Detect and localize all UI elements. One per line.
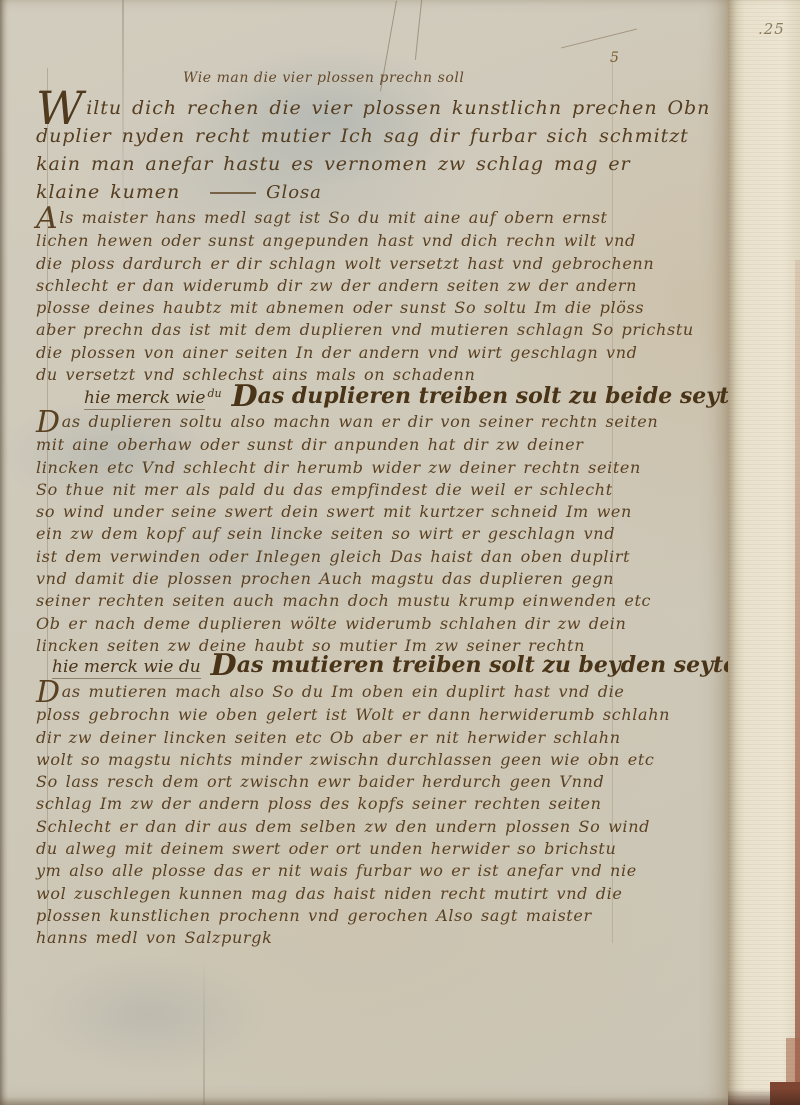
text-line: dir zw deiner lincken seiten etc Ob aber… [36,727,670,749]
text-line: Wiltu dich rechen die vier plossen kunst… [36,94,710,122]
verse-paragraph: Wiltu dich rechen die vier plossen kunst… [36,94,710,207]
text-line: mit aine oberhaw oder sunst dir anpunden… [36,434,658,456]
duplieren-paragraph: Das duplieren soltu also machn wan er di… [36,411,658,657]
text-line: du alweg mit deinem swert oder ort unden… [36,838,670,860]
text-line: die ploss dardurch er dir schlagn wolt v… [36,253,694,275]
book-edge-red [795,260,800,1105]
text-line: schlag Im zw der andern ploss des kopfs … [36,793,670,815]
text-line: Ob er nach deme duplieren wölte widerumb… [36,613,658,635]
page-bottom-edge [0,1097,728,1105]
glosa-paragraph: Als maister hans medl sagt ist So du mit… [36,207,694,386]
page-left-edge [0,0,8,1105]
text-line: ym also alle plosse das er nit wais furb… [36,860,670,882]
text-line: Schlecht er dan dir aus dem selben zw de… [36,816,670,838]
text-line: ein zw dem kopf auf sein lincke seiten s… [36,523,658,545]
text-line: schlecht er dan widerumb dir zw der ande… [36,275,694,297]
text-line: kain man anefar hastu es vernomen zw sch… [36,150,710,178]
interlinear-insertion: du [207,387,221,400]
next-page-edge [728,0,800,1105]
heading-mutieren: hie merck wie duDas mutieren treiben sol… [52,648,753,683]
initial-d: D [232,379,258,414]
folio-number-pencil: .25 [758,20,785,38]
text-line: wol zuschlegen kunnen mag das haist nide… [36,883,670,905]
text-line: Als maister hans medl sagt ist So du mit… [36,207,694,230]
initial-d: D [211,648,237,683]
text-line: vnd damit die plossen prochen Auch magst… [36,568,658,590]
text-line: duplier nyden recht mutier Ich sag dir f… [36,122,710,150]
mutieren-paragraph: Das mutieren mach also So du Im oben ein… [36,681,670,950]
text-line: ist dem verwinden oder Inlegen gleich Da… [36,546,658,568]
text-line: plossen kunstlichen prochenn vnd geroche… [36,905,670,927]
folio-number-ink: 5 [610,50,619,66]
gloss-label: Glosa [266,182,322,203]
manuscript-photo: 5 Wie man die vier plossen prechn soll W… [0,0,800,1105]
text-line: die plossen von ainer seiten In der ande… [36,342,694,364]
text-line: Das mutieren mach also So du Im oben ein… [36,681,670,704]
text-line: aber prechn das ist mit dem duplieren vn… [36,319,694,341]
text-line: seiner rechten seiten auch machn doch mu… [36,590,658,612]
text-line: wolt so magstu nichts minder zwischn dur… [36,749,670,771]
flourish-dash [210,192,256,194]
text-line: hanns medl von Salzpurgk [36,927,670,949]
text-line: So thue nit mer als pald du das empfinde… [36,479,658,501]
interlinear-title: Wie man die vier plossen prechn soll [183,70,464,86]
text-line: Das duplieren soltu also machn wan er di… [36,411,658,434]
book-edge-red [786,1038,800,1086]
text-line: lichen hewen oder sunst angepunden hast … [36,230,694,252]
text-line: plosse deines haubtz mit abnemen oder su… [36,297,694,319]
parchment-crease [203,955,205,1105]
text-line: so wind under seine swert dein swert mit… [36,501,658,523]
text-line: klaine kumenGlosa [36,178,710,207]
text-line: ploss gebrochn wie oben gelert ist Wolt … [36,704,670,726]
book-edge-shadow [728,1089,800,1105]
text-line: lincken etc Vnd schlecht dir herumb wide… [36,457,658,479]
heading-duplieren: hie merck wieduDas duplieren treiben sol… [84,379,759,414]
text-line: So lass resch dem ort zwischn ewr baider… [36,771,670,793]
